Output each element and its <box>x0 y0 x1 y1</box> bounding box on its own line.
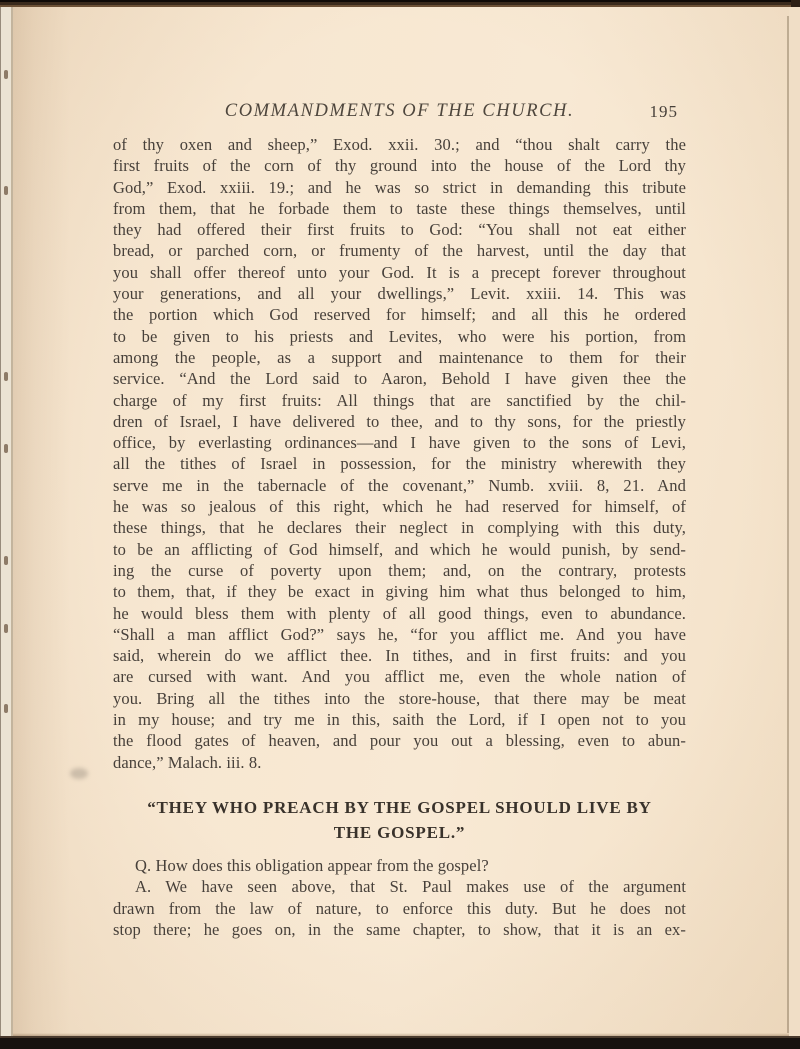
binding-edge <box>0 7 13 1036</box>
book-page-scan: COMMANDMENTS OF THE CHURCH. 195 of thy o… <box>0 0 800 1049</box>
body-text-line: they had offered their first fruits to G… <box>113 219 686 240</box>
body-text-line: to be an afflicting of God himself, and … <box>113 539 686 560</box>
section-heading-line: THE GOSPEL.” <box>113 821 686 846</box>
section-heading: “THEY WHO PREACH BY THE GOSPEL SHOULD LI… <box>113 796 686 845</box>
body-text-line: the portion which God reserved for himse… <box>113 304 686 325</box>
body-text-line: from them, that he forbade them to taste… <box>113 198 686 219</box>
body-text-line: said, wherein do we afflict thee. In tit… <box>113 645 686 666</box>
page-bottom-edge-shadow <box>10 1033 790 1036</box>
book-cover-bottom-edge <box>0 1036 800 1049</box>
body-text-line: charge of my first fruits: All things th… <box>113 390 686 411</box>
page-number: 195 <box>650 102 679 122</box>
body-text-line: all the tithes of Israel in possession, … <box>113 453 686 474</box>
body-text-line: your generations, and all your dwellings… <box>113 283 686 304</box>
stitch-mark <box>4 624 8 633</box>
question-answer-block: Q. How does this obligation appear from … <box>113 855 686 940</box>
body-text-line: you shall offer thereof unto your God. I… <box>113 262 686 283</box>
body-text-line: of thy oxen and sheep,” Exod. xxii. 30.;… <box>113 134 686 155</box>
body-text-line: “Shall a man afflict God?” says he, “for… <box>113 624 686 645</box>
body-text-line: among the people, as a support and maint… <box>113 347 686 368</box>
body-text-line: he was so jealous of this right, which h… <box>113 496 686 517</box>
body-text-line: dance,” Malach. iii. 8. <box>113 752 686 773</box>
body-text-line: he would bless them with plenty of all g… <box>113 603 686 624</box>
body-text-line: serve me in the tabernacle of the covena… <box>113 475 686 496</box>
stitch-mark <box>4 556 8 565</box>
body-text-line: service. “And the Lord said to Aaron, Be… <box>113 368 686 389</box>
body-text-line: bread, or parched corn, or frumenty of t… <box>113 240 686 261</box>
body-text-line: first fruits of the corn of thy ground i… <box>113 155 686 176</box>
book-cover-top-edge <box>0 0 800 7</box>
body-text-line: to be given to his priests and Levites, … <box>113 326 686 347</box>
stitch-mark <box>4 186 8 195</box>
paper-smudge <box>70 768 88 779</box>
stitch-mark <box>4 70 8 79</box>
body-text-line: the flood gates of heaven, and pour you … <box>113 730 686 751</box>
body-text-line: you. Bring all the tithes into the store… <box>113 688 686 709</box>
body-text-line: dren of Israel, I have delivered to thee… <box>113 411 686 432</box>
body-text-line: to them, that, if they be exact in givin… <box>113 581 686 602</box>
body-text-line: God,” Exod. xxiii. 19.; and he was so st… <box>113 177 686 198</box>
section-heading-line: “THEY WHO PREACH BY THE GOSPEL SHOULD LI… <box>113 796 686 821</box>
body-text-line: are cursed with want. And you afflict me… <box>113 666 686 687</box>
qa-text-line: drawn from the law of nature, to enforce… <box>113 898 686 919</box>
running-header: COMMANDMENTS OF THE CHURCH. 195 <box>113 101 686 125</box>
page-stack-edge <box>789 7 800 1036</box>
body-text-line: office, by everlasting ordinances—and I … <box>113 432 686 453</box>
body-text-line: in my house; and try me in this, saith t… <box>113 709 686 730</box>
running-header-title: COMMANDMENTS OF THE CHURCH. <box>225 101 574 121</box>
body-paragraph: of thy oxen and sheep,” Exod. xxii. 30.;… <box>113 134 686 773</box>
stitch-mark <box>4 704 8 713</box>
stitch-mark <box>4 444 8 453</box>
body-text-line: these things, that he declares their neg… <box>113 517 686 538</box>
qa-text-line: Q. How does this obligation appear from … <box>113 855 686 876</box>
stitch-mark <box>4 372 8 381</box>
qa-text-line: A. We have seen above, that St. Paul mak… <box>113 876 686 897</box>
qa-text-line: stop there; he goes on, in the same chap… <box>113 919 686 940</box>
body-text-line: ing the curse of poverty upon them; and,… <box>113 560 686 581</box>
